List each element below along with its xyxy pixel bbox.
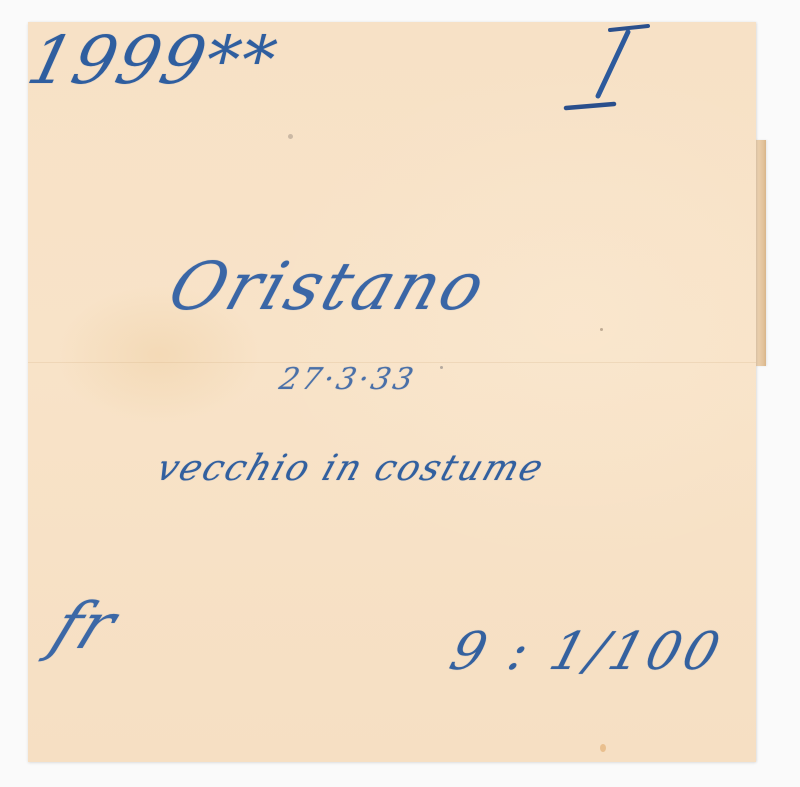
catalog-number: 1999**	[20, 22, 285, 99]
paper-stain	[440, 366, 443, 369]
volume-mark: I	[552, 16, 652, 126]
date: 27·3·33	[276, 362, 419, 397]
scan-background: 1999** I Oristano 27·3·33 vecchio in cos…	[0, 0, 800, 787]
paper-stain	[600, 328, 603, 331]
paper-stain	[288, 134, 293, 139]
description: vecchio in costume	[151, 448, 550, 489]
place-name: Oristano	[159, 248, 497, 325]
paper-stain	[600, 744, 606, 752]
scale-ratio: 9 : 1/100	[443, 622, 730, 682]
roman-numeral-one-icon	[552, 16, 652, 126]
